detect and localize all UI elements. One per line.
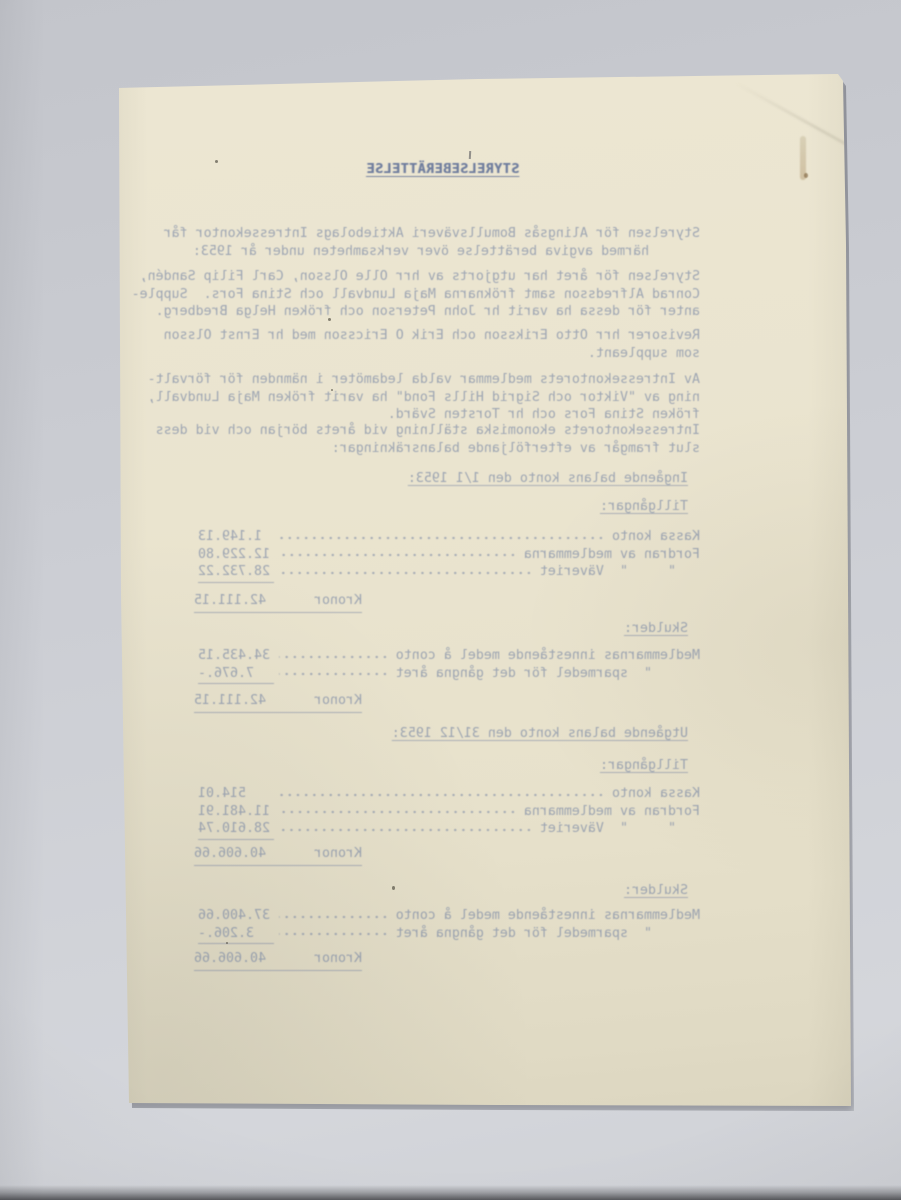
liabilities-total-row: Kronor 40.606.66	[194, 950, 362, 971]
ledger-row: " sparmedel för det gångna året 7.676.-	[198, 665, 700, 683]
total-amount: 42.111.15	[194, 592, 266, 610]
row-amount: 514.01	[198, 785, 274, 803]
row-amount: 37.400.66	[198, 907, 274, 925]
row-label: " " Väveriet	[540, 820, 700, 838]
paragraph: Styrelsen för Alingsås Bomullsväveri Akt…	[142, 225, 700, 260]
dot-leader	[279, 568, 535, 581]
ledger-row: " " Väveriet 28.732.22	[198, 563, 700, 581]
photograph-of-document: STYRELSEBERÄTTELSE Styrelsen för Alingså…	[0, 0, 901, 1200]
dot-leader	[279, 652, 391, 665]
balance-heading: Ingående balans konto den 1/1 1953:	[408, 470, 688, 488]
total-label: Kronor	[314, 692, 362, 710]
dot-leader	[279, 912, 391, 925]
row-label: Kassa konto	[612, 528, 700, 546]
row-label: " sparmedel för det gångna året	[396, 925, 700, 943]
paragraph: Styrelsen för året har utgjorts av hrr O…	[132, 268, 700, 321]
paper-speck	[328, 318, 331, 321]
total-amount: 42.111.15	[194, 692, 266, 710]
row-amount: 11.481.91	[198, 803, 274, 821]
typed-line: slut framgår av efterföljande balansräkn…	[156, 440, 700, 458]
row-label: Kassa konto	[612, 785, 700, 803]
typed-line: som suppleant.	[164, 345, 700, 363]
row-label: " sparmedel för det gångna året	[396, 665, 700, 683]
assets-total-row: Kronor 42.111.15	[194, 592, 362, 613]
typed-line: ning av "Viktor och Sigrid Hills Fond" h…	[148, 389, 700, 407]
edge-stain-dot	[804, 173, 808, 178]
ledger-row: Medlemmarnas innestående medel å conto 3…	[198, 647, 700, 665]
total-label: Kronor	[314, 950, 362, 968]
dot-leader	[279, 550, 519, 563]
liabilities-total-row: Kronor 42.111.15	[194, 692, 362, 713]
total-label: Kronor	[314, 592, 362, 610]
dot-leader	[279, 790, 607, 803]
row-label: Fordran av medlemmarna	[524, 546, 700, 564]
row-amount: 3.206.-	[198, 925, 274, 945]
paragraph: Av Intressekontorets medlemmar valda led…	[148, 371, 700, 424]
ink-mark	[469, 151, 471, 159]
typed-line: Intressekontorets ekonomiska ställning v…	[156, 422, 700, 440]
ledger-row: Medlemmarnas innestående medel å conto 3…	[198, 907, 700, 925]
ledger-row: Kassa konto 1.149.13	[198, 528, 700, 546]
total-label: Kronor	[314, 845, 362, 863]
total-amount: 40.606.66	[194, 845, 266, 863]
paragraph: Intressekontorets ekonomiska ställning v…	[156, 422, 700, 457]
show-through-typewritten-text: STYRELSEBERÄTTELSE Styrelsen för Alingså…	[118, 74, 852, 1108]
dot-leader	[279, 825, 535, 838]
ledger-row: Kassa konto 514.01	[198, 785, 700, 803]
typed-line: anter för dessa ha varit hr John Peterso…	[132, 303, 700, 321]
liabilities-heading: Skulder:	[624, 882, 688, 900]
paper-speck	[331, 389, 333, 391]
assets-rows: Kassa konto 1.149.13 Fordran av medlemma…	[198, 528, 700, 581]
paper-speck	[226, 942, 228, 944]
liabilities-rows: Medlemmarnas innestående medel å conto 3…	[198, 907, 700, 942]
dot-leader	[279, 669, 391, 682]
ledger-row: " sparmedel för det gångna året 3.206.-	[198, 925, 700, 943]
row-amount: 34.435.15	[198, 647, 274, 665]
row-label: " " Väveriet	[540, 563, 700, 581]
row-label: Medlemmarnas innestående medel å conto	[396, 647, 700, 665]
row-amount: 1.149.13	[198, 528, 274, 546]
typed-line: Styrelsen för Alingsås Bomullsväveri Akt…	[142, 225, 700, 243]
assets-heading: Tillgångar:	[600, 757, 688, 775]
assets-total-row: Kronor 40.606.66	[194, 845, 362, 866]
row-amount: 28.732.22	[198, 563, 274, 583]
ledger-row: Fordran av medlemmarna 12.229.80	[198, 546, 700, 564]
liabilities-rows: Medlemmarnas innestående medel å conto 3…	[198, 647, 700, 682]
dot-leader	[279, 533, 607, 546]
ledger-row: Fordran av medlemmarna 11.481.91	[198, 803, 700, 821]
row-label: Medlemmarnas innestående medel å conto	[396, 907, 700, 925]
row-label: Fordran av medlemmarna	[524, 803, 700, 821]
paragraph: Revisorer hrr Otto Eriksson och Erik O E…	[164, 327, 700, 362]
dot-leader	[279, 929, 391, 942]
typed-line: härmed avgiva berättelse över verksamhet…	[142, 243, 700, 261]
paper-speck	[215, 160, 218, 163]
ledger-row: " " Väveriet 28.610.74	[198, 820, 700, 838]
paper-speck	[392, 886, 395, 890]
balance-heading: Utgående balans konto den 31/12 1953:	[392, 725, 688, 743]
document-title: STYRELSEBERÄTTELSE	[164, 161, 722, 179]
typed-line: Revisorer hrr Otto Eriksson och Erik O E…	[164, 327, 700, 345]
typed-line: Conrad Alfredsson samt fröknarna Maja Lu…	[132, 286, 700, 304]
row-amount: 7.676.-	[198, 665, 274, 685]
assets-rows: Kassa konto 514.01 Fordran av medlemmarn…	[198, 785, 700, 838]
row-amount: 12.229.80	[198, 546, 274, 564]
typed-line: fröken Stina Fors och hr Torsten Svärd.	[148, 406, 700, 424]
dot-leader	[279, 807, 519, 820]
typed-line: Av Intressekontorets medlemmar valda led…	[148, 371, 700, 389]
assets-heading: Tillgångar:	[600, 498, 688, 516]
total-amount: 40.606.66	[194, 950, 266, 968]
table-edge	[0, 1185, 901, 1200]
typed-line: Styrelsen för året har utgjorts av hrr O…	[132, 268, 700, 286]
row-amount: 28.610.74	[198, 820, 274, 840]
liabilities-heading: Skulder:	[624, 620, 688, 638]
paper-sheet: STYRELSEBERÄTTELSE Styrelsen för Alingså…	[118, 74, 852, 1108]
